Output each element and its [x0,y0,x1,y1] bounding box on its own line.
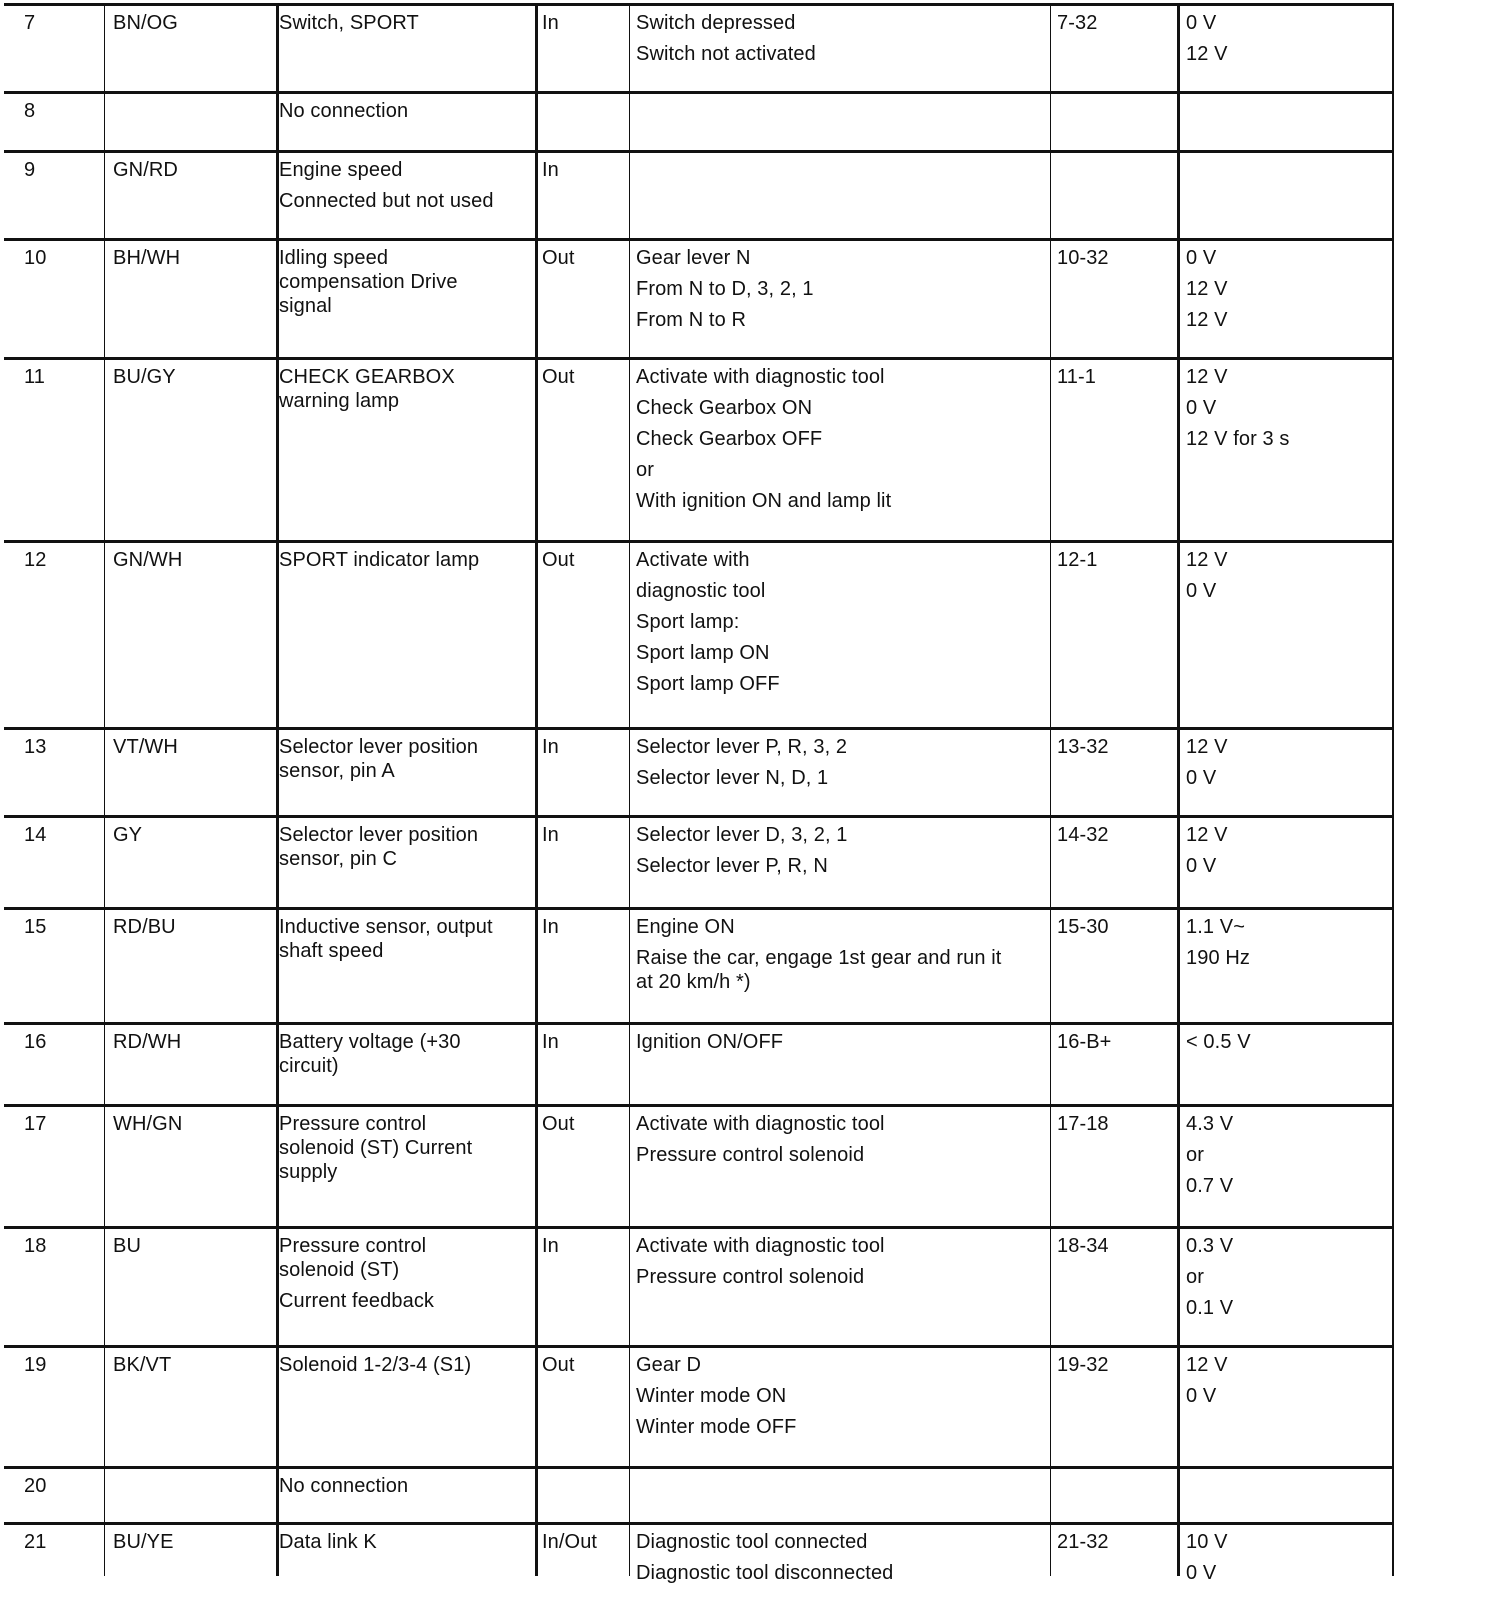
test-condition-line: Sport lamp: [636,610,780,641]
direction-cell: In [542,735,559,759]
nominal-value-line: 0 V [1186,246,1228,277]
test-condition-line: With ignition ON and lamp lit [636,489,891,520]
row-divider [4,1022,1394,1025]
function-line: Data link K [279,1530,377,1554]
test-condition-line: From N to R [636,308,814,339]
test-points-cell: 19-32 [1057,1353,1109,1377]
cable-color-cell: BU [113,1234,141,1258]
cable-color-cell: BH/WH [113,246,180,270]
test-condition-line: Gear lever N [636,246,814,277]
pin-cell: 12 [24,548,46,572]
test-points-cell: 14-32 [1057,823,1109,847]
nominal-value-line: or [1186,1143,1233,1174]
test-condition-line: Switch depressed [636,11,816,42]
function-line: Selector lever position [279,735,478,759]
nominal-value-line: 12 V [1186,42,1228,73]
nominal-value-line: 0 V [1186,766,1228,797]
nominal-value-line: 0 V [1186,854,1228,885]
nominal-value-line: 4.3 V [1186,1112,1233,1143]
nominal-value-cell: 10 V0 V [1186,1530,1228,1592]
row-divider [4,540,1394,543]
test-condition-line: Switch not activated [636,42,816,73]
function-line: warning lamp [279,389,455,413]
function-line: Solenoid 1-2/3-4 (S1) [279,1353,471,1377]
function-line: solenoid (ST) Current [279,1136,472,1160]
test-condition-line: Diagnostic tool disconnected [636,1561,893,1592]
cable-color-cell: BU/GY [113,365,176,389]
nominal-value-line: 12 V [1186,1353,1228,1384]
direction-cell: In/Out [542,1530,597,1554]
test-condition-line: Activate with [636,548,780,579]
direction-cell: In [542,1030,559,1054]
test-points-cell: 11-1 [1057,365,1096,389]
test-condition-cell: Gear lever NFrom N to D, 3, 2, 1From N t… [636,246,814,339]
function-cell: Selector lever positionsensor, pin C [279,823,478,871]
row-divider [4,1104,1394,1107]
function-line: CHECK GEARBOX [279,365,455,389]
row-divider [4,727,1394,730]
function-line: Current feedback [279,1289,434,1313]
nominal-value-line: 0.3 V [1186,1234,1233,1265]
cable-color-cell: RD/BU [113,915,176,939]
pin-cell: 16 [24,1030,46,1054]
function-cell: Switch, SPORT [279,11,419,35]
direction-cell: In [542,823,559,847]
function-line: supply [279,1160,472,1184]
test-points-cell: 18-34 [1057,1234,1109,1258]
row-divider [4,1345,1394,1348]
test-condition-line: or [636,458,891,489]
function-line: Engine speed [279,158,494,189]
function-cell: Data link K [279,1530,377,1554]
cable-color-cell: WH/GN [113,1112,182,1136]
direction-cell: In [542,915,559,939]
function-line: sensor, pin C [279,847,478,871]
nominal-value-line: 1.1 V~ [1186,915,1250,946]
function-cell: SPORT indicator lamp [279,548,479,572]
nominal-value-line: 0 V [1186,579,1228,610]
test-condition-line: Activate with diagnostic tool [636,1234,885,1265]
nominal-value-cell: 12 V0 V12 V for 3 s [1186,365,1289,458]
test-condition-cell: Selector lever D, 3, 2, 1Selector lever … [636,823,847,885]
pin-cell: 17 [24,1112,46,1136]
cable-color-cell: GN/RD [113,158,178,182]
function-line: circuit) [279,1054,461,1078]
test-condition-cell: Gear DWinter mode ONWinter mode OFF [636,1353,796,1446]
nominal-value-line: 12 V [1186,308,1228,339]
test-condition-line: Sport lamp ON [636,641,780,672]
nominal-value-line: 12 V [1186,823,1228,854]
nominal-value-line: 0 V [1186,1384,1228,1415]
pin-cell: 7 [24,11,35,35]
test-condition-cell: Diagnostic tool connectedDiagnostic tool… [636,1530,893,1592]
pin-cell: 19 [24,1353,46,1377]
nominal-value-line: 12 V [1186,365,1289,396]
test-points-cell: 7-32 [1057,11,1097,35]
test-condition-line: Check Gearbox OFF [636,427,891,458]
nominal-value-cell: 0.3 Vor0.1 V [1186,1234,1233,1327]
test-condition-line: Diagnostic tool connected [636,1530,893,1561]
function-line: SPORT indicator lamp [279,548,479,572]
row-divider [4,238,1394,241]
pin-cell: 21 [24,1530,46,1554]
test-condition-cell: Engine ONRaise the car, engage 1st gear … [636,915,1001,1001]
nominal-value-line: or [1186,1265,1233,1296]
pin-cell: 11 [24,365,45,389]
function-cell: Solenoid 1-2/3-4 (S1) [279,1353,471,1377]
test-condition-cell: Ignition ON/OFF [636,1030,783,1061]
function-cell: Pressure controlsolenoid (ST) Currentsup… [279,1112,472,1184]
test-condition-line: Selector lever P, R, 3, 2 [636,735,847,766]
cable-color-cell: VT/WH [113,735,178,759]
function-line: Pressure control [279,1112,472,1136]
nominal-value-cell: 12 V0 V [1186,1353,1228,1415]
test-condition-line: From N to D, 3, 2, 1 [636,277,814,308]
pin-cell: 20 [24,1474,46,1498]
row-divider [4,815,1394,818]
nominal-value-line: 0.7 V [1186,1174,1233,1205]
function-line: solenoid (ST) [279,1258,434,1282]
test-condition-line: Check Gearbox ON [636,396,891,427]
cable-color-cell: BK/VT [113,1353,171,1377]
test-points-cell: 10-32 [1057,246,1109,270]
test-points-cell: 12-1 [1057,548,1097,572]
pin-cell: 14 [24,823,46,847]
test-points-cell: 13-32 [1057,735,1109,759]
test-condition-line: Selector lever P, R, N [636,854,847,885]
direction-cell: In [542,158,559,182]
test-condition-line: Pressure control solenoid [636,1265,885,1296]
test-condition-line: Winter mode ON [636,1384,796,1415]
nominal-value-cell: 4.3 Vor0.7 V [1186,1112,1233,1205]
nominal-value-cell: 1.1 V~190 Hz [1186,915,1250,977]
direction-cell: In [542,11,559,35]
test-condition-line: Activate with diagnostic tool [636,1112,885,1143]
test-points-cell: 17-18 [1057,1112,1109,1136]
function-line: compensation Drive [279,270,458,294]
direction-cell: Out [542,548,575,572]
test-condition-line: Selector lever N, D, 1 [636,766,847,797]
function-line: Inductive sensor, output [279,915,493,939]
function-cell: Battery voltage (+30circuit) [279,1030,461,1078]
test-condition-line: Sport lamp OFF [636,672,780,703]
function-cell: Engine speedConnected but not used [279,158,494,220]
cable-color-cell: GN/WH [113,548,182,572]
row-divider [4,1466,1394,1469]
test-condition-line: at 20 km/h *) [636,970,1001,1001]
function-cell: CHECK GEARBOXwarning lamp [279,365,455,413]
nominal-value-line: 0.1 V [1186,1296,1233,1327]
function-cell: Inductive sensor, outputshaft speed [279,915,493,963]
row-divider [4,3,1394,6]
cable-color-cell: GY [113,823,142,847]
row-divider [4,150,1394,153]
function-line: No connection [279,1474,408,1498]
test-condition-line: Selector lever D, 3, 2, 1 [636,823,847,854]
nominal-value-line: 0 V [1186,1561,1228,1592]
function-line: No connection [279,99,408,123]
nominal-value-cell: 0 V12 V12 V [1186,246,1228,339]
nominal-value-cell: 12 V0 V [1186,735,1228,797]
function-line: signal [279,294,458,318]
pin-cell: 13 [24,735,46,759]
direction-cell: Out [542,1353,575,1377]
function-line: sensor, pin A [279,759,478,783]
row-divider [4,1522,1394,1525]
nominal-value-cell: < 0.5 V [1186,1030,1251,1061]
nominal-value-line: 0 V [1186,396,1289,427]
function-line: Pressure control [279,1234,434,1258]
cable-color-cell: BU/YE [113,1530,174,1554]
test-condition-cell: Selector lever P, R, 3, 2Selector lever … [636,735,847,797]
direction-cell: Out [542,1112,575,1136]
test-condition-line: Activate with diagnostic tool [636,365,891,396]
pinout-table: 7BN/OGSwitch, SPORTInSwitch depressedSwi… [0,0,1504,1610]
function-cell: Selector lever positionsensor, pin A [279,735,478,783]
function-line: shaft speed [279,939,493,963]
nominal-value-line: 12 V for 3 s [1186,427,1289,458]
direction-cell: In [542,1234,559,1258]
direction-cell: Out [542,246,575,270]
nominal-value-line: 12 V [1186,277,1228,308]
test-condition-cell: Switch depressedSwitch not activated [636,11,816,73]
nominal-value-line: 0 V [1186,11,1228,42]
test-points-cell: 21-32 [1057,1530,1109,1554]
direction-cell: Out [542,365,575,389]
pin-cell: 18 [24,1234,46,1258]
cable-color-cell: RD/WH [113,1030,181,1054]
test-condition-cell: Activate with diagnostic toolPressure co… [636,1234,885,1296]
nominal-value-cell: 0 V12 V [1186,11,1228,73]
function-line: Switch, SPORT [279,11,419,35]
test-points-cell: 15-30 [1057,915,1109,939]
pin-cell: 10 [24,246,46,270]
nominal-value-cell: 12 V0 V [1186,548,1228,610]
function-cell: No connection [279,99,408,123]
row-divider [4,91,1394,94]
nominal-value-line: 10 V [1186,1530,1228,1561]
test-condition-line: Pressure control solenoid [636,1143,885,1174]
function-cell: Idling speedcompensation Drivesignal [279,246,458,318]
test-condition-line: diagnostic tool [636,579,780,610]
row-divider [4,907,1394,910]
test-condition-line: Gear D [636,1353,796,1384]
row-divider [4,357,1394,360]
test-condition-line: Winter mode OFF [636,1415,796,1446]
nominal-value-line: 190 Hz [1186,946,1250,977]
test-condition-cell: Activate with diagnostic toolCheck Gearb… [636,365,891,520]
nominal-value-line: 12 V [1186,735,1228,766]
row-divider [4,1226,1394,1229]
nominal-value-line: 12 V [1186,548,1228,579]
test-condition-line: Ignition ON/OFF [636,1030,783,1061]
pin-cell: 9 [24,158,35,182]
nominal-value-line: < 0.5 V [1186,1030,1251,1061]
function-cell: Pressure controlsolenoid (ST)Current fee… [279,1234,434,1313]
function-line: Idling speed [279,246,458,270]
nominal-value-cell: 12 V0 V [1186,823,1228,885]
test-condition-cell: Activate withdiagnostic toolSport lamp:S… [636,548,780,703]
cable-color-cell: BN/OG [113,11,178,35]
test-condition-line: Engine ON [636,915,1001,946]
function-cell: No connection [279,1474,408,1498]
pin-cell: 8 [24,99,35,123]
function-line: Battery voltage (+30 [279,1030,461,1054]
function-line: Connected but not used [279,189,494,220]
test-condition-cell: Activate with diagnostic toolPressure co… [636,1112,885,1174]
pin-cell: 15 [24,915,46,939]
test-points-cell: 16-B+ [1057,1030,1111,1054]
function-line: Selector lever position [279,823,478,847]
